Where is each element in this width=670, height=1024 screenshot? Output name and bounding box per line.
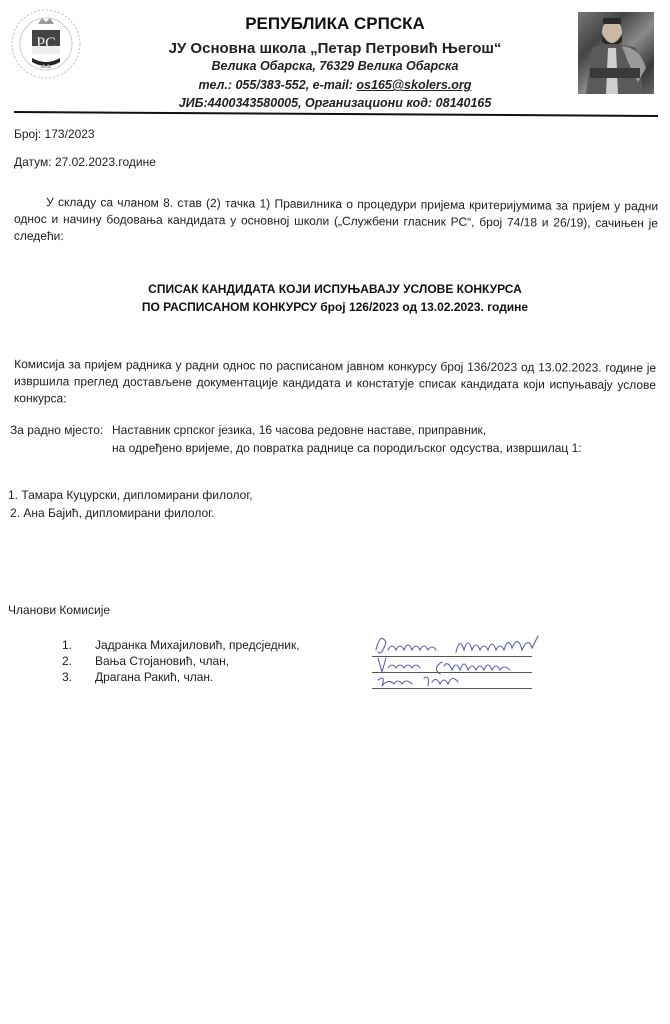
commission-paragraph: Комисија за пријем радника у радни однос…	[14, 356, 656, 411]
position-label: За радно мјесто:	[10, 423, 103, 437]
email-link[interactable]: os165@skolers.org	[356, 78, 471, 92]
school-address: Велика Обарска, 76329 Велика Обарска	[0, 59, 670, 73]
school-name: ЈУ Основна школа „Петар Петровић Његош“	[0, 40, 670, 57]
position-description-line2: на одређено вријеме, до повратка раднице…	[112, 441, 582, 455]
phone-text: тел.: 055/383-552, e-mail:	[199, 78, 357, 92]
member-name: Јадранка Михајиловић, предсједник,	[95, 638, 300, 652]
member-number: 2.	[62, 654, 72, 668]
list-title-line1: СПИСАК КАНДИДАТА КОЈИ ИСПУЊАВАЈУ УСЛОВЕ …	[0, 282, 670, 296]
intro-text: У складу са чланом 8. став (2) тачка 1) …	[14, 195, 658, 243]
header-title: РЕПУБЛИКА СРПСКА	[0, 14, 670, 34]
handwritten-signatures	[372, 628, 572, 700]
members-title: Чланови Комисије	[8, 603, 110, 617]
member-name: Вања Стојановић, члан,	[95, 654, 229, 668]
school-contact: тел.: 055/383-552, e-mail: os165@skolers…	[0, 78, 670, 92]
position-description-line1: Наставник српског језика, 16 часова редо…	[112, 423, 486, 437]
member-number: 3.	[62, 670, 72, 684]
intro-paragraph: У складу са чланом 8. став (2) тачка 1) …	[14, 194, 658, 249]
document-date: Датум: 27.02.2023.године	[14, 155, 156, 169]
document-number: Број: 173/2023	[14, 127, 95, 141]
candidate-item: 1. Тамара Куцурски, дипломирани филолог,	[8, 488, 253, 502]
candidate-item: 2. Ана Бајић, дипломирани филолог.	[10, 506, 214, 520]
school-ids: ЈИБ:4400343580005, Организациони код: 08…	[0, 96, 670, 110]
list-title-line2: ПО РАСПИСАНОМ КОНКУРСУ број 126/2023 од …	[0, 300, 670, 314]
member-name: Драгана Ракић, члан.	[95, 670, 213, 684]
header-divider	[14, 111, 658, 117]
member-number: 1.	[62, 638, 72, 652]
